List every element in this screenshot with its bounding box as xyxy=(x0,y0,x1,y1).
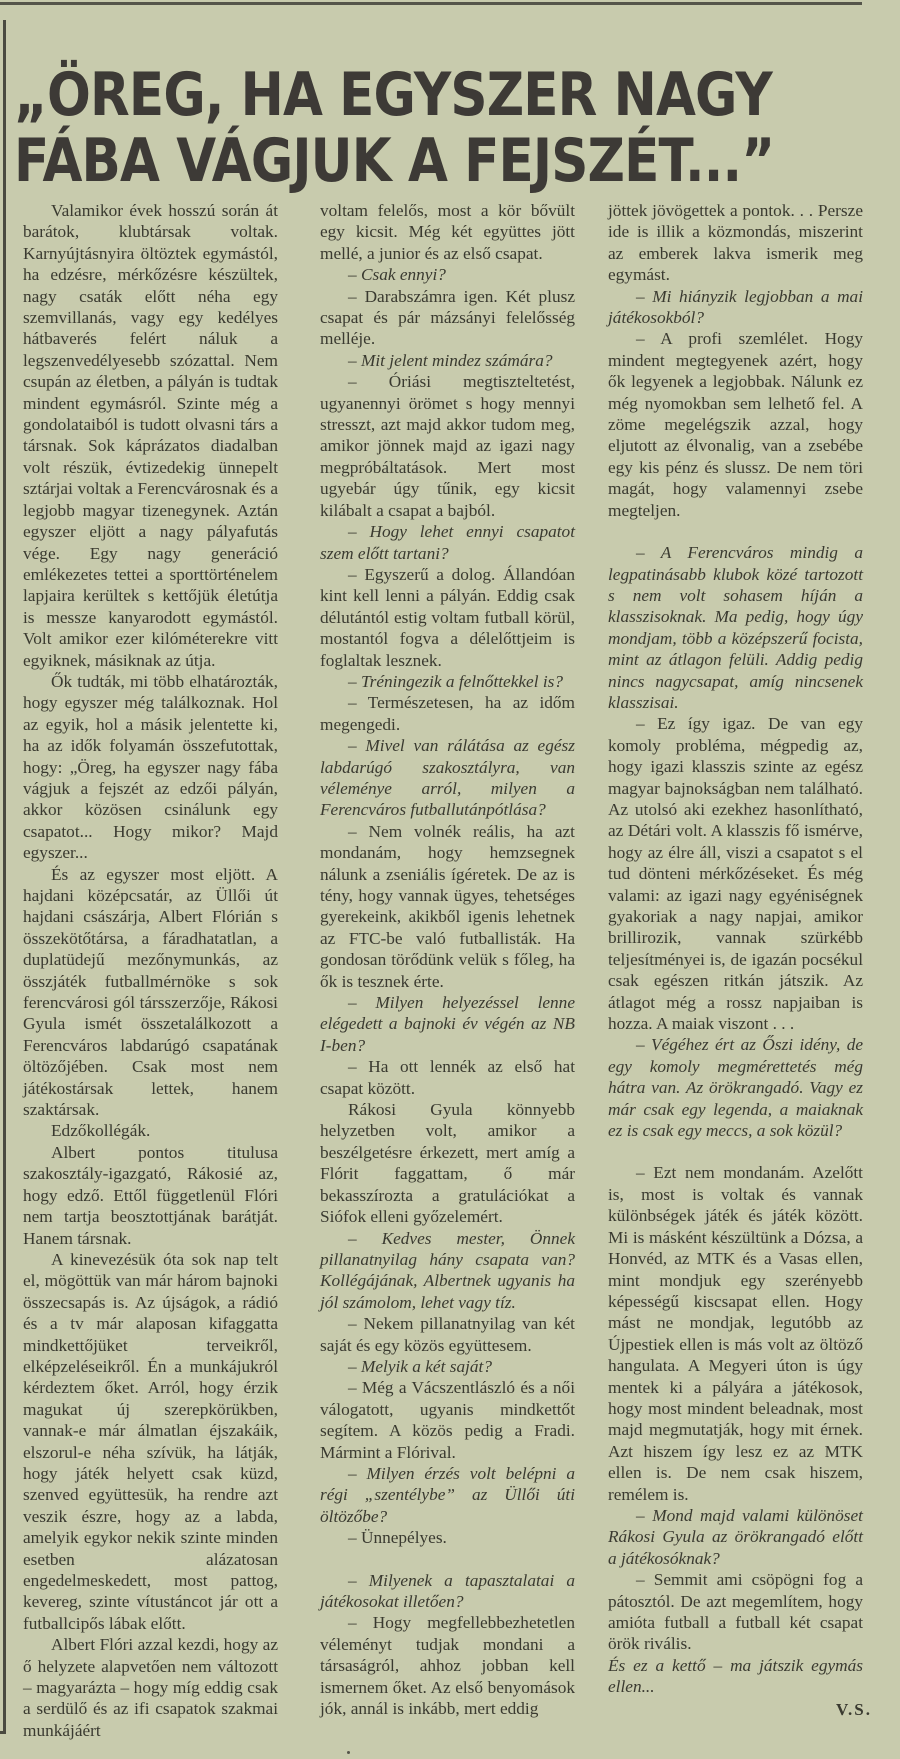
interview-question: – Tréningezik a felnőttekkel is? xyxy=(320,671,575,692)
left-frame-corner xyxy=(0,1731,6,1734)
interview-question: – Milyen helyezéssel lenne elégedett a b… xyxy=(320,992,575,1056)
interview-answer: – Még a Vácszentlászló és a női válogato… xyxy=(320,1377,575,1463)
paragraph: Albert pontos titulusa szakosztály-igazg… xyxy=(23,1142,278,1249)
closing-line: És ez a kettő – ma játszik egymás ellen.… xyxy=(608,1655,863,1698)
interview-question: – Milyenek a tapasztalatai a játékosokat… xyxy=(320,1570,575,1613)
interview-answer: – A profi szemlélet. Hogy mindent megteg… xyxy=(608,328,863,521)
paragraph: A kinevezésük óta sok nap telt el, mögöt… xyxy=(23,1249,278,1634)
article-column-2: voltam felelős, most a kör bővült egy ki… xyxy=(320,200,575,1719)
interview-question: – Mi hiányzik legjobban a mai játékosokb… xyxy=(608,286,863,329)
interview-question: – Mivel van rálátása az egész labdarúgó … xyxy=(320,735,575,821)
interview-answer: – Darabszámra igen. Két plusz csapat és … xyxy=(320,286,575,350)
paragraph: Ők tudták, mi több elhatározták, hogy eg… xyxy=(23,671,278,864)
interview-question: – Milyen érzés volt belépni a régi „szen… xyxy=(320,1463,575,1527)
author-signature: V.S. xyxy=(836,1700,872,1720)
headline-line-2: fába vágjuk a fejszét...” xyxy=(14,128,754,194)
interview-answer: – Hogy megfellebbezhetetlen véleményt tu… xyxy=(320,1612,575,1719)
paragraph: És az egyszer most eljött. A hajdani köz… xyxy=(23,864,278,1121)
interview-question: – Mond majd valami különöset Rákosi Gyul… xyxy=(608,1505,863,1569)
interview-question: – Melyik a két saját? xyxy=(320,1356,575,1377)
interview-question: – Kedves mester, Önnek pillanatnyilag há… xyxy=(320,1228,575,1314)
article-headline: „Öreg, ha egyszer nagy fába vágjuk a fej… xyxy=(14,62,754,194)
interview-answer: – Nem volnék reális, ha azt mondanám, ho… xyxy=(320,821,575,992)
top-rule xyxy=(0,2,862,5)
paragraph-continuation: jöttek jövögettek a pontok. . . Persze i… xyxy=(608,200,863,286)
paragraph: Edzőkollégák. xyxy=(23,1120,278,1141)
print-speck xyxy=(347,1751,350,1754)
interview-answer: – Természetesen, ha az időm megengedi. xyxy=(320,692,575,735)
interview-answer: – Ezt nem mondanám. Azelőtt is, most is … xyxy=(608,1162,863,1505)
interview-question: – Mit jelent mindez számára? xyxy=(320,350,575,371)
interview-answer: – Ünnepélyes. xyxy=(320,1527,575,1548)
left-frame-line xyxy=(3,20,6,1734)
paragraph: Rákosi Gyula könnyebb helyzetben volt, a… xyxy=(320,1099,575,1227)
interview-question: – Hogy lehet ennyi csapatot szem előtt t… xyxy=(320,521,575,564)
paragraph: Valamikor évek hosszú során át barátok, … xyxy=(23,200,278,671)
interview-answer: – Semmit ami csöpögni fog a pátosztól. D… xyxy=(608,1569,863,1655)
headline-line-1: „Öreg, ha egyszer nagy xyxy=(14,60,772,130)
paragraph-continuation: voltam felelős, most a kör bővült egy ki… xyxy=(320,200,575,264)
article-column-3: jöttek jövögettek a pontok. . . Persze i… xyxy=(608,200,863,1698)
interview-answer: – Óriási megtiszteltetést, ugyanennyi ör… xyxy=(320,371,575,521)
interview-question: – Végéhez ért az Őszi idény, de egy komo… xyxy=(608,1034,863,1141)
interview-answer: – Nekem pillanatnyilag van két saját és … xyxy=(320,1313,575,1356)
article-column-1: Valamikor évek hosszú során át barátok, … xyxy=(23,200,278,1741)
interview-question: – A Ferencváros mindig a legpatinásabb k… xyxy=(608,542,863,713)
paragraph: Albert Flóri azzal kezdi, hogy az ő hely… xyxy=(23,1634,278,1741)
interview-answer: – Egyszerű a dolog. Állandóan kint kell … xyxy=(320,564,575,671)
interview-answer: – Ez így igaz. De van egy komoly problém… xyxy=(608,713,863,1034)
interview-answer: – Ha ott lennék az első hat csapat közöt… xyxy=(320,1056,575,1099)
interview-question: – Csak ennyi? xyxy=(320,264,575,285)
